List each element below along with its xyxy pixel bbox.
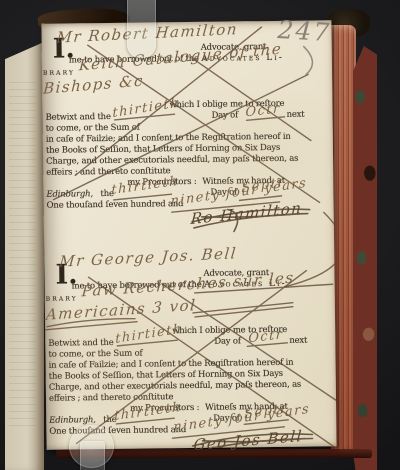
marbled-board-edge	[353, 46, 377, 470]
printed-thousand: One thouſand ſeven hundred and	[47, 199, 184, 211]
printed-to-come: to come, or the Sum of	[46, 123, 140, 134]
handwritten-sign-day: thirtieth	[111, 174, 179, 198]
printed-next: next	[286, 110, 304, 120]
printed-thousand: One thouſand ſeven hundred and	[49, 425, 186, 437]
printed-brary: brary	[46, 293, 78, 303]
printed-failzie-4: effeirs ; and thereto conſtitute	[46, 166, 170, 178]
printed-brary: brary	[43, 67, 75, 77]
document-page: 247 I. Mr Robert Hamilton Advocate, gran…	[41, 20, 336, 450]
handwritten-return-day: thirtieth	[115, 322, 183, 347]
printed-failzie-4: effeirs ; and thereto conſtitute	[49, 392, 173, 404]
handwritten-borrower-name: Mr George Jos. Bell	[58, 244, 237, 270]
printed-day-of: Day of	[211, 110, 238, 120]
previous-page-edge	[5, 42, 44, 470]
printed-betwixt: Betwixt and the	[45, 112, 110, 123]
borrowing-form-1: I. Mr Robert Hamilton Advocate, grant me…	[42, 34, 334, 238]
handwritten-return-day: thirtieth	[112, 96, 180, 121]
printed-edinburgh: Edinburgh,	[46, 189, 93, 200]
handwritten-return-month: Octr	[245, 101, 280, 120]
printed-betwixt: Betwixt and the	[48, 338, 113, 349]
printed-failzie-3: Charge, and other executorials needful, …	[46, 154, 298, 167]
handwritten-sign-day: thirtieth	[114, 400, 182, 424]
mounting-strip-bottom	[80, 441, 105, 470]
handwritten-signature: Geo Jos Bell	[193, 427, 304, 454]
printed-failzie-3: Charge, and other executorials needful, …	[49, 380, 301, 393]
handwritten-book-title-1: Keith Catalogue of the	[78, 40, 282, 75]
mounting-strip-top	[127, 0, 156, 58]
photographed-book-page: 247 I. Mr Robert Hamilton Advocate, gran…	[0, 0, 400, 470]
printed-next: next	[289, 336, 307, 346]
handwritten-return-month: Octr	[248, 327, 283, 346]
printed-to-come: to come, or the Sum of	[48, 349, 142, 360]
printed-day-of: Day of	[214, 336, 241, 346]
